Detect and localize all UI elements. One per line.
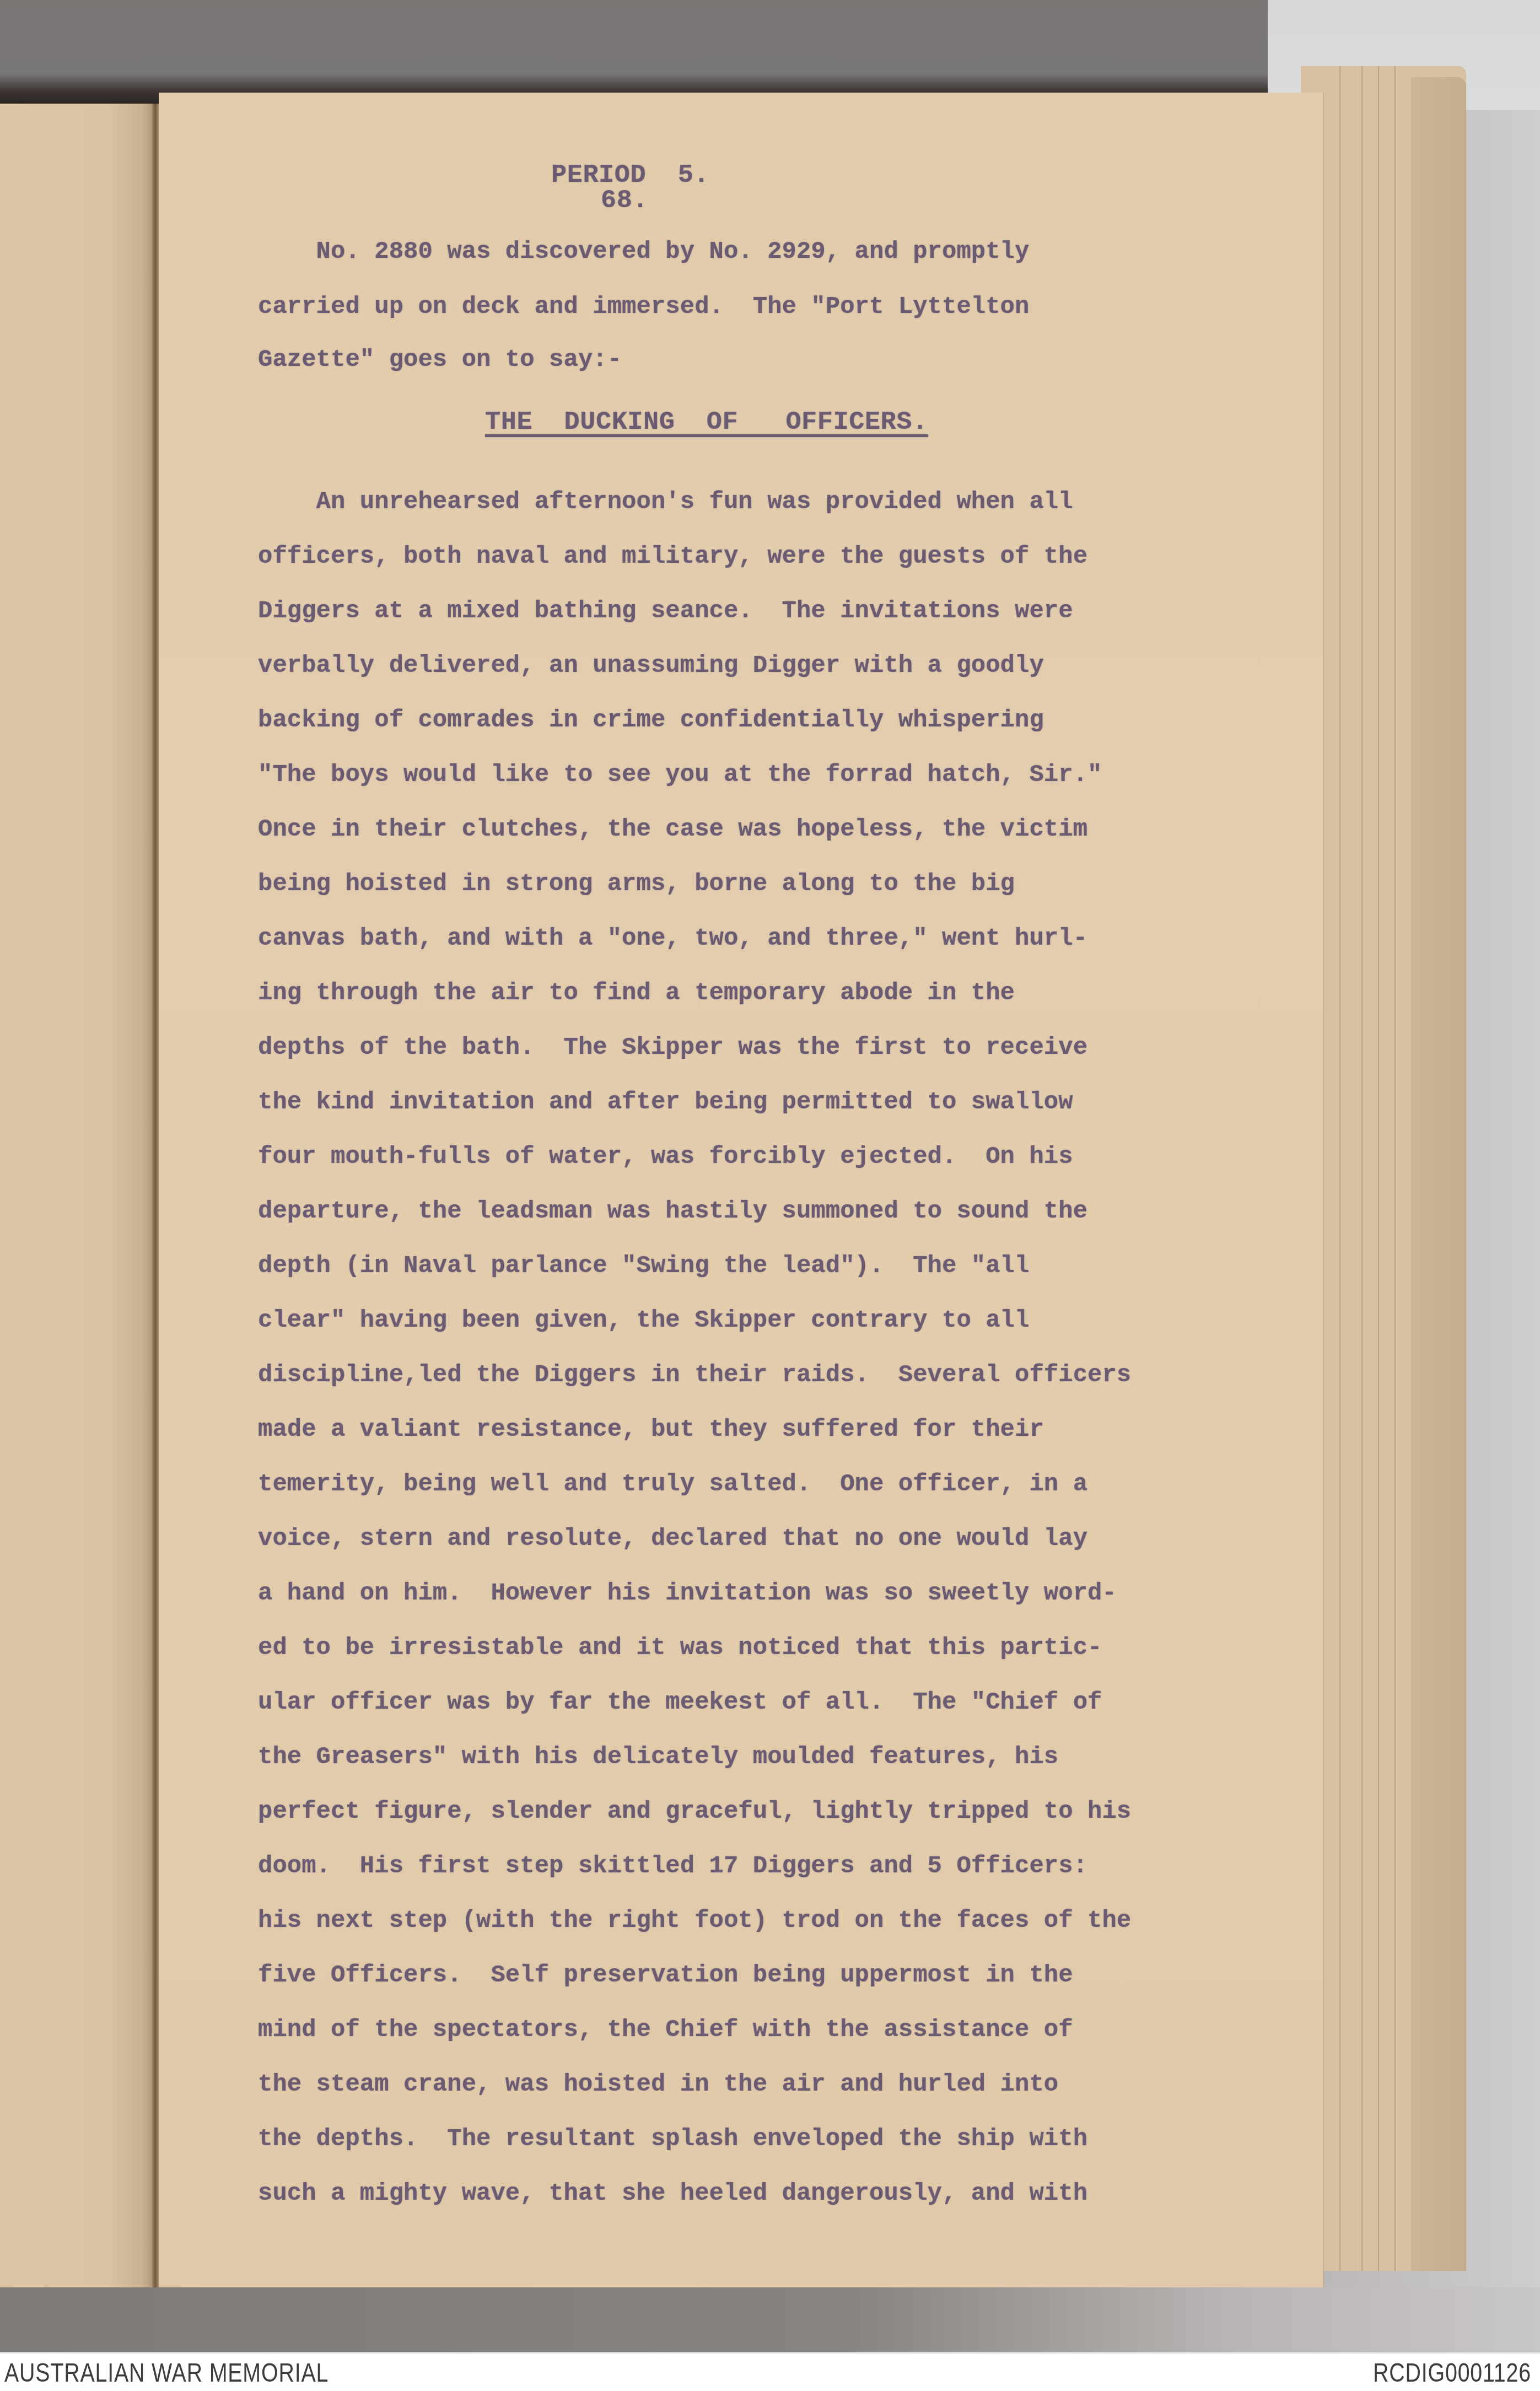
text-line: departure, the leadsman was hastily summ…: [258, 1198, 1087, 1225]
book-gutter: [152, 104, 159, 2317]
text-line: canvas bath, and with a "one, two, and t…: [258, 925, 1087, 952]
section-heading: THE DUCKING OF OFFICERS.: [485, 408, 928, 437]
text-line: Gazette" goes on to say:-: [258, 346, 622, 374]
text-line: clear" having been given, the Skipper co…: [258, 1307, 1029, 1334]
text-line: ed to be irresistable and it was noticed…: [258, 1634, 1102, 1662]
text-line: the steam crane, was hoisted in the air …: [258, 2071, 1058, 2098]
text-line: "The boys would like to see you at the f…: [258, 761, 1102, 789]
page-number: 68.: [601, 186, 648, 216]
left-page: [0, 104, 155, 2317]
text-line: mind of the spectators, the Chief with t…: [258, 2016, 1073, 2044]
text-line: voice, stern and resolute, declared that…: [258, 1525, 1087, 1553]
text-line: such a mighty wave, that she heeled dang…: [258, 2180, 1087, 2207]
text-line: four mouth-fulls of water, was forcibly …: [258, 1143, 1073, 1171]
text-line: backing of comrades in crime confidentia…: [258, 707, 1044, 734]
text-line: Diggers at a mixed bathing seance. The i…: [258, 597, 1073, 625]
page-stack-edges: [1301, 66, 1466, 2271]
page-leaf-edge: [1394, 66, 1396, 2271]
text-line: temerity, being well and truly salted. O…: [258, 1471, 1087, 1498]
book-board-edge: [1411, 77, 1466, 2271]
text-line: perfect figure, slender and graceful, li…: [258, 1798, 1131, 1825]
text-line: the Greasers" with his delicately moulde…: [258, 1743, 1058, 1771]
institution-name: AUSTRALIAN WAR MEMORIAL: [4, 2358, 329, 2388]
record-id: RCDIG0001126: [1373, 2358, 1531, 2388]
text-line: the kind invitation and after being perm…: [258, 1089, 1073, 1116]
page-leaf-edge: [1378, 66, 1379, 2271]
text-line: his next step (with the right foot) trod…: [258, 1907, 1131, 1935]
footer-bar: AUSTRALIAN WAR MEMORIAL RCDIG0001126: [0, 2352, 1540, 2391]
text-line: An unrehearsed afternoon's fun was provi…: [258, 488, 1073, 516]
text-line: the depths. The resultant splash envelop…: [258, 2125, 1087, 2153]
background-below-page: [0, 2287, 1540, 2352]
text-line: doom. His first step skittled 17 Diggers…: [258, 1853, 1087, 1880]
text-line: verbally delivered, an unassuming Digger…: [258, 652, 1044, 680]
text-line: No. 2880 was discovered by No. 2929, and…: [258, 238, 1029, 266]
text-line: five Officers. Self preservation being u…: [258, 1962, 1073, 1989]
scanned-book-image: PERIOD 5. 68. No. 2880 was discovered by…: [0, 0, 1540, 2352]
text-line: made a valiant resistance, but they suff…: [258, 1416, 1044, 1444]
text-line: a hand on him. However his invitation wa…: [258, 1580, 1117, 1607]
text-line: carried up on deck and immersed. The "Po…: [258, 293, 1029, 321]
text-line: discipline,led the Diggers in their raid…: [258, 1361, 1131, 1389]
text-line: depth (in Naval parlance "Swing the lead…: [258, 1252, 1029, 1280]
page-leaf-edge: [1361, 66, 1363, 2271]
text-line: ing through the air to find a temporary …: [258, 979, 1015, 1007]
page-leaf-edge: [1339, 66, 1340, 2271]
text-line: being hoisted in strong arms, borne alon…: [258, 870, 1015, 898]
text-line: depths of the bath. The Skipper was the …: [258, 1034, 1087, 1062]
text-line: ular officer was by far the meekest of a…: [258, 1689, 1102, 1716]
text-line: officers, both naval and military, were …: [258, 543, 1087, 570]
text-line: Once in their clutches, the case was hop…: [258, 816, 1087, 843]
